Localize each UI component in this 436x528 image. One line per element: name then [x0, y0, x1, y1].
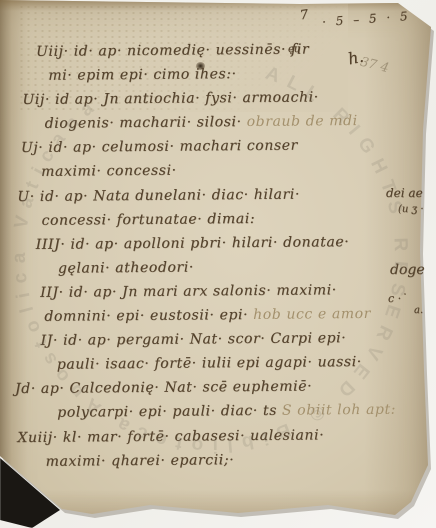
manuscript-line-text: mi· epim epi· cimo ihes:· [48, 66, 236, 84]
manuscript-line-text: IIJ· id· ap· Jn mari arx salonis· maximi… [40, 282, 337, 301]
manuscript-line-text: domnini· epi· eustosii· epi· [44, 307, 248, 325]
manuscript-line: diogenis· macharii· silosi· obraub de md… [45, 113, 436, 141]
manuscript-text-block: Uiij· id· ap· nicomedię· uessinēs· firmi… [0, 40, 436, 477]
margin-annotation: a. [414, 305, 423, 316]
manuscript-line-text: Uj· id· ap· celumosi· machari conser [21, 138, 298, 156]
manuscript-line: gęlani· atheodori· [58, 257, 436, 284]
manuscript-line: maximi· qharei· eparcii;· [46, 450, 436, 478]
manuscript-line-text: Jd· ap· Calcedonię· Nat· scē euphemiē· [15, 379, 312, 398]
manuscript-line-text: U· id· ap· Nata dunelani· diac· hilari· [17, 186, 300, 204]
later-addition-text: hob ucc e amor [248, 306, 371, 323]
manuscript-line: domnini· epi· eustosii· epi· hob ucc e a… [44, 305, 436, 333]
margin-annotation: (u ʒ · [398, 204, 424, 215]
margin-annotation: c ·˙ [388, 292, 407, 305]
manuscript-line-text: Xuiij· kl· mar· fortē· cabasesi· ualesia… [17, 427, 324, 446]
margin-annotation: ęu [288, 44, 300, 55]
margin-annotation: doge [390, 262, 425, 278]
later-addition-text: S obiit loh apt: [277, 402, 396, 419]
manuscript-line-text: maximi· concessi· [41, 163, 177, 180]
manuscript-line: Jd· ap· Calcedonię· Nat· scē euphemiē· [15, 378, 436, 406]
manuscript-line-text: maximi· qharei· eparcii;· [46, 452, 235, 470]
manuscript-line-text: Uij· id ap· Jn antiochia· fysi· armoachi… [22, 90, 318, 109]
manuscript-line: concessi· fortunatae· dimai: [41, 209, 436, 237]
manuscript-line: pauli· isaac· fortē· iulii epi agapi· ua… [57, 354, 436, 381]
margin-annotation: dei ae [386, 186, 423, 200]
manuscript-line-text: Uiij· id· ap· nicomedię· uessinēs· fir [36, 41, 309, 59]
manuscript-line: U· id· ap· Nata dunelani· diac· hilari· [17, 185, 436, 213]
manuscript-line: polycarpi· epi· pauli· diac· ts S obiit … [57, 402, 436, 429]
manuscript-line-text: pauli· isaac· fortē· iulii epi agapi· ua… [57, 354, 362, 373]
manuscript-line-text: polycarpi· epi· pauli· diac· ts [57, 403, 277, 421]
manuscript-scan: Uiij· id· ap· nicomedię· uessinēs· firmi… [0, 0, 436, 528]
later-addition-text: obraub de mdi [242, 113, 358, 130]
manuscript-line: Xuiij· kl· mar· fortē· cabasesi· ualesia… [17, 426, 436, 454]
manuscript-line-text: IJ· id· ap· pergami· Nat· scor· Carpi ep… [41, 330, 347, 349]
manuscript-line: Uj· id· ap· celumosi· machari conser [21, 137, 436, 165]
manuscript-line: IIJ· id· ap· Jn mari arx salonis· maximi… [40, 281, 436, 309]
manuscript-line-text: concessi· fortunatae· dimai: [41, 211, 255, 229]
manuscript-line: Uij· id ap· Jn antiochia· fysi· armoachi… [22, 89, 436, 117]
manuscript-line: maximi· concessi· [41, 161, 436, 189]
manuscript-line: IJ· id· ap· pergami· Nat· scor· Carpi ep… [41, 329, 436, 357]
manuscript-line: IIIJ· id· ap· apolloni pbri· hilari· don… [36, 233, 436, 261]
manuscript-line-text: IIIJ· id· ap· apolloni pbri· hilari· don… [36, 234, 350, 253]
manuscript-line-text: gęlani· atheodori· [58, 259, 194, 276]
manuscript-line-text: diogenis· macharii· silosi· [45, 114, 242, 132]
